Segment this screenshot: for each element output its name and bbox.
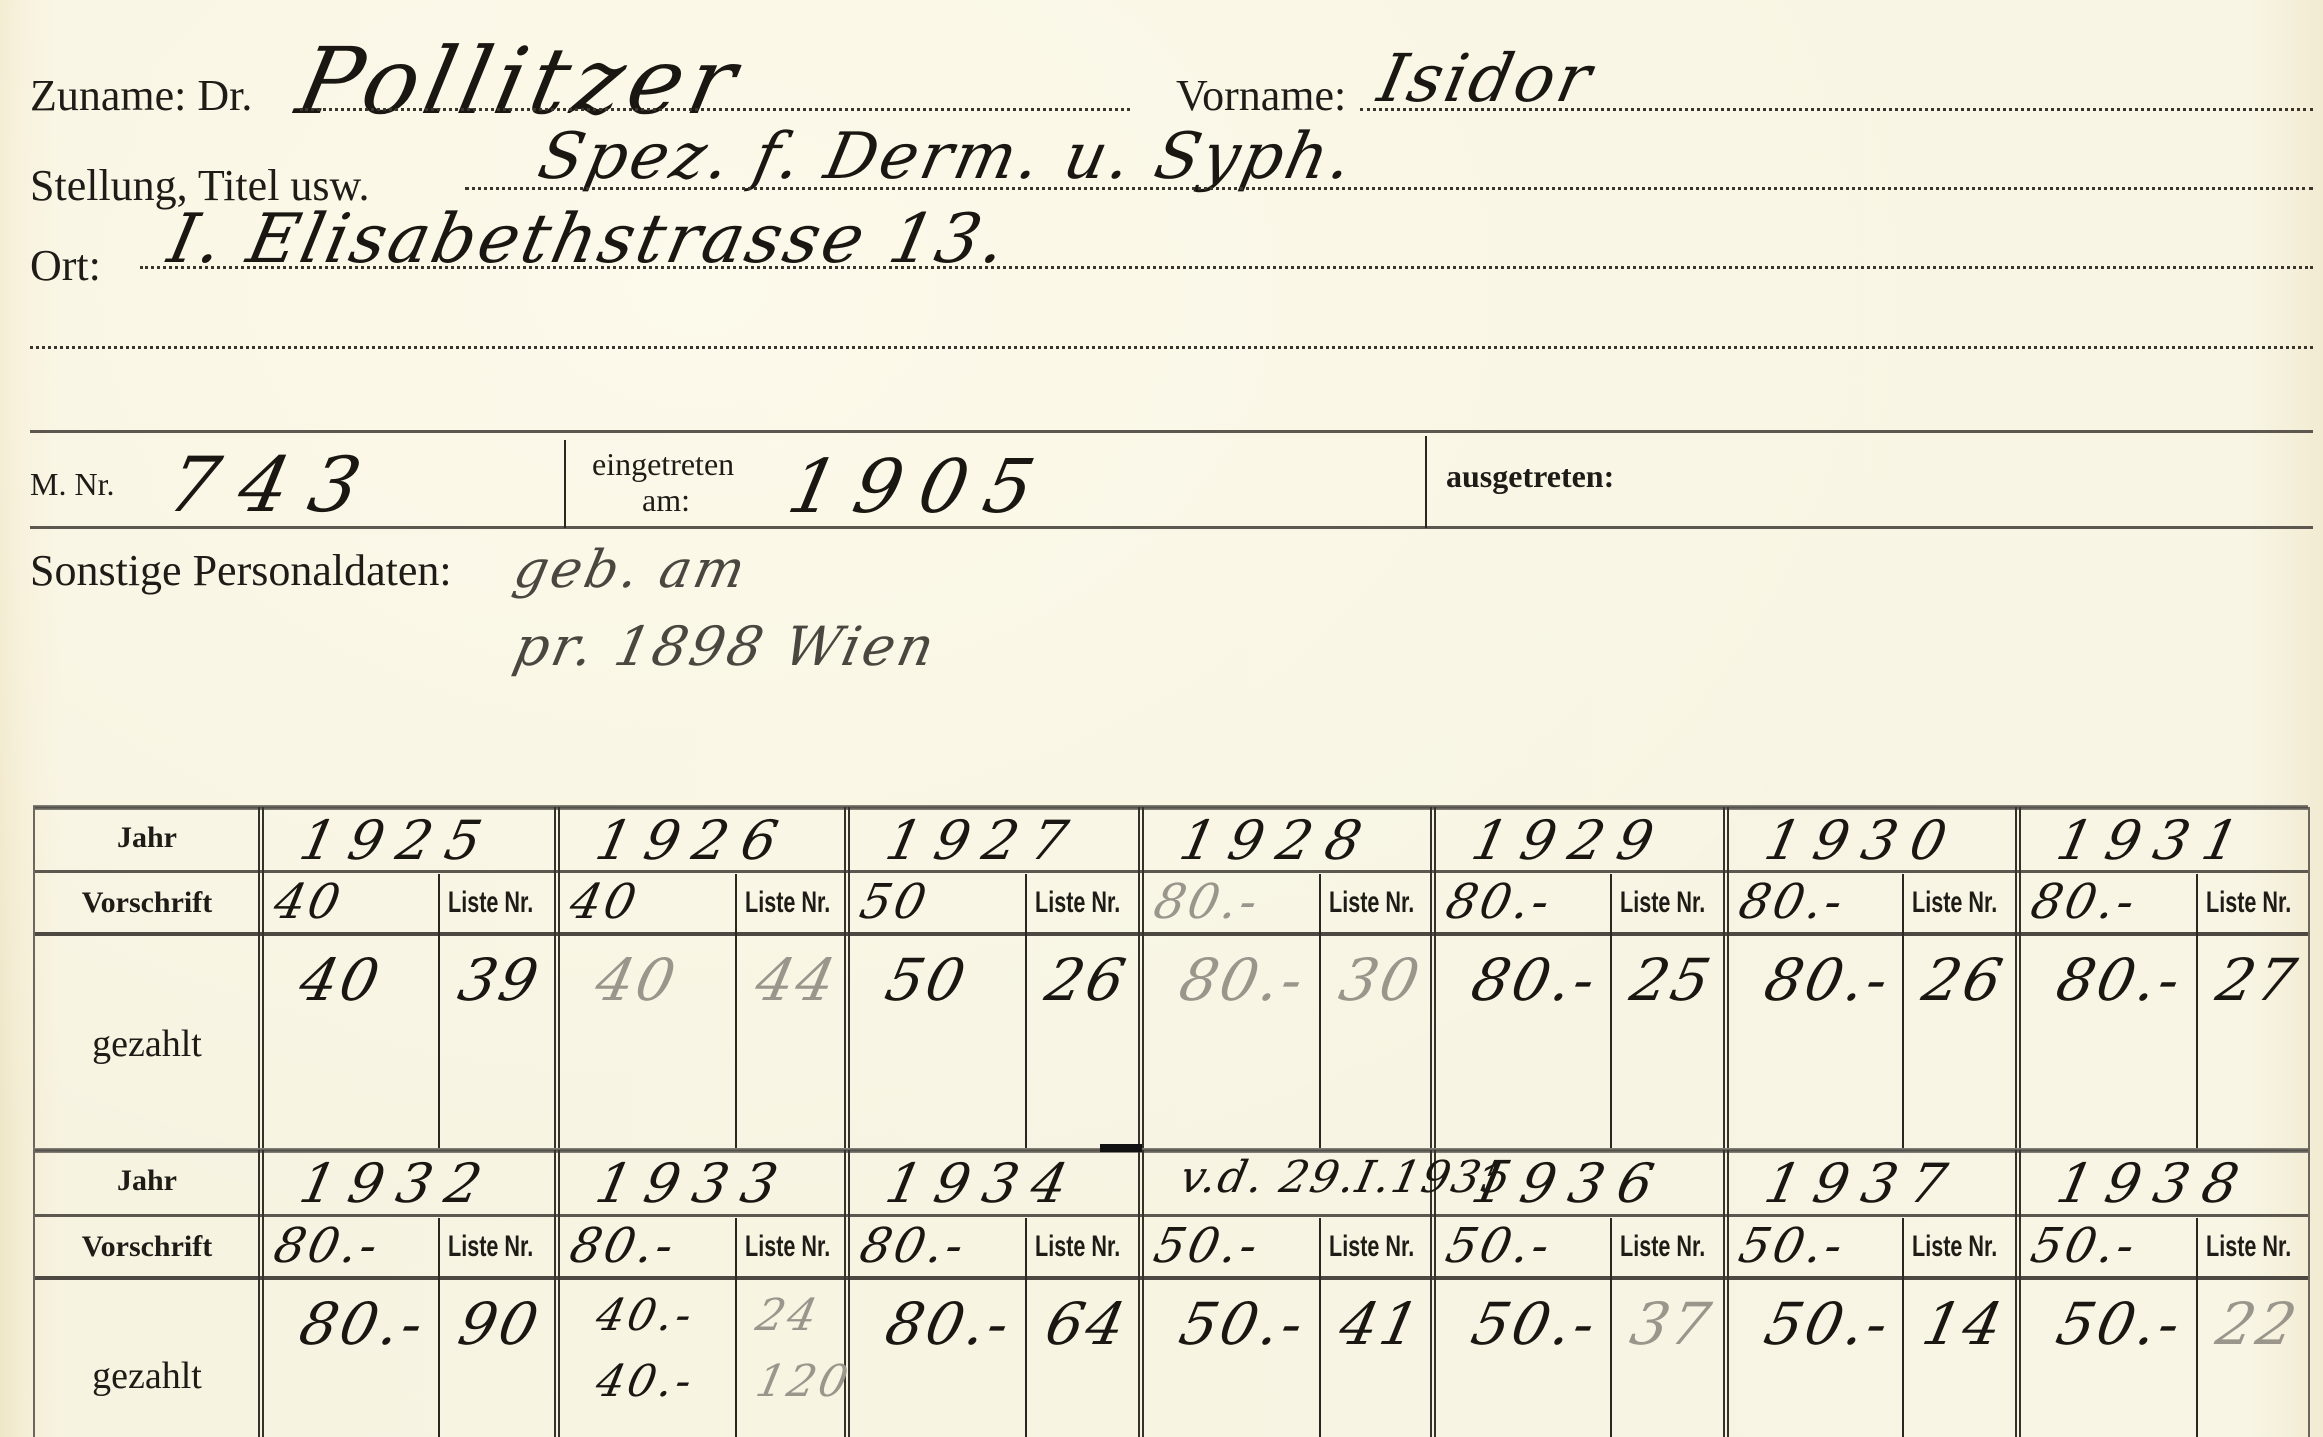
liste-nr-label: Liste Nr. — [1912, 1230, 1997, 1264]
stellung-value: Spez. f. Derm. u. Syph. — [532, 120, 1362, 194]
vorschrift-value: 50.- — [1441, 1218, 1557, 1274]
jahr-label: Jahr — [33, 1164, 261, 1198]
vorschrift-value: 50.- — [1149, 1218, 1265, 1274]
liste-column-divider — [1319, 874, 1321, 1150]
mnr-top-rule — [30, 430, 2313, 433]
year-value: 1938 — [2051, 1152, 2258, 1215]
gezahlt-value: 40 — [590, 946, 684, 1014]
liste-value: 26 — [1040, 946, 1134, 1014]
year-value: 1928 — [1174, 809, 1381, 872]
liste-value: 27 — [2211, 946, 2305, 1014]
year-value: 1932 — [294, 1152, 501, 1215]
liste-value: 26 — [1917, 946, 2011, 1014]
liste-nr-label: Liste Nr. — [1912, 886, 1997, 920]
vorschrift-value: 40 — [269, 874, 348, 930]
zuname-label: Zuname: Dr. — [30, 70, 252, 121]
ausgetreten-label: ausgetreten: — [1446, 458, 1614, 495]
year-column-divider — [2015, 807, 2021, 1150]
mnr-label: M. Nr. — [30, 466, 114, 503]
liste-nr-label: Liste Nr. — [745, 886, 830, 920]
liste-column-divider — [438, 1218, 440, 1437]
year-value: 1934 — [880, 1152, 1087, 1215]
liste-column-divider — [735, 874, 737, 1150]
year-value: 1930 — [1759, 809, 1966, 872]
year-column-divider — [554, 807, 560, 1150]
vorschrift-value: 40 — [565, 874, 644, 930]
eingetreten-value: 1905 — [781, 444, 1060, 530]
liste-nr-label: Liste Nr. — [448, 886, 533, 920]
gezahlt-value: 40.- — [592, 1290, 700, 1341]
year-value: 1927 — [880, 809, 1087, 872]
year-value: 1925 — [294, 809, 501, 872]
liste-column-divider — [1025, 874, 1027, 1150]
year-column-divider — [844, 807, 850, 1150]
liste-column-divider — [438, 874, 440, 1150]
table-left-border — [33, 807, 35, 1150]
vorschrift-value: 80.- — [855, 1218, 971, 1274]
sonstige-label: Sonstige Personaldaten: — [30, 545, 452, 596]
vorname-line — [1360, 108, 2313, 111]
liste-nr-label: Liste Nr. — [1035, 886, 1120, 920]
zuname-line — [300, 108, 1130, 111]
gezahlt-value: 80.- — [1174, 946, 1312, 1014]
gezahlt-value: 40 — [294, 946, 388, 1014]
liste-column-divider — [735, 1218, 737, 1437]
stellung-line — [465, 187, 2313, 190]
vorschrift-value: 80.- — [1734, 874, 1850, 930]
liste-value: 14 — [1917, 1290, 2011, 1358]
table-right-border — [2308, 807, 2310, 1150]
vorschrift-value: 50 — [855, 874, 934, 930]
vorschrift-label: Vorschrift — [33, 886, 261, 920]
year-column-divider — [1723, 807, 1729, 1150]
liste-nr-label: Liste Nr. — [1035, 1230, 1120, 1264]
year-value: 1937 — [1759, 1152, 1966, 1215]
gezahlt-label: gezahlt — [33, 1354, 261, 1398]
vorschrift-value: 80.- — [1149, 874, 1265, 930]
vorschrift-value: 80.- — [1441, 874, 1557, 930]
jahr-label: Jahr — [33, 821, 261, 855]
liste-nr-label: Liste Nr. — [2206, 1230, 2291, 1264]
year-column-divider — [258, 807, 264, 1150]
liste-value: 37 — [1625, 1290, 1719, 1358]
mnr-divider-2 — [1425, 436, 1427, 528]
vorschrift-value: 50.- — [2026, 1218, 2142, 1274]
gezahlt-value: 50.- — [1466, 1290, 1604, 1358]
liste-value: 120 — [752, 1356, 856, 1407]
liste-column-divider — [1025, 1218, 1027, 1437]
vorschrift-label: Vorschrift — [33, 1230, 261, 1264]
liste-column-divider — [1319, 1218, 1321, 1437]
vorschrift-value: 80.- — [269, 1218, 385, 1274]
gezahlt-value: 40.- — [592, 1356, 700, 1407]
year-value: 1936 — [1466, 1152, 1673, 1215]
table-right-border — [2308, 1150, 2310, 1437]
sonstige-line-2: pr. 1898 Wien — [508, 615, 942, 678]
liste-nr-label: Liste Nr. — [1329, 1230, 1414, 1264]
mnr-value: 743 — [161, 440, 391, 529]
year-column-divider — [2015, 1150, 2021, 1437]
liste-nr-label: Liste Nr. — [1329, 886, 1414, 920]
liste-nr-label: Liste Nr. — [2206, 886, 2291, 920]
liste-nr-label: Liste Nr. — [1620, 886, 1705, 920]
vorname-value: Isidor — [1372, 40, 1601, 117]
vorschrift-row-rule — [33, 1276, 2308, 1280]
zuname-value: Pollitzer — [289, 28, 751, 135]
liste-value: 22 — [2211, 1290, 2305, 1358]
liste-value: 24 — [752, 1290, 825, 1341]
mnr-divider-1 — [564, 440, 566, 528]
liste-value: 64 — [1040, 1290, 1134, 1358]
blank-line — [30, 346, 2313, 349]
year-value: 1933 — [590, 1152, 797, 1215]
gezahlt-value: 50.- — [2051, 1290, 2189, 1358]
liste-value: 30 — [1334, 946, 1428, 1014]
liste-value: 25 — [1625, 946, 1719, 1014]
liste-value: 44 — [750, 946, 844, 1014]
gezahlt-value: 80.- — [294, 1290, 432, 1358]
ink-mark — [1100, 1144, 1142, 1152]
vorschrift-value: 80.- — [2026, 874, 2142, 930]
liste-column-divider — [1902, 1218, 1904, 1437]
liste-nr-label: Liste Nr. — [1620, 1230, 1705, 1264]
mnr-bottom-rule — [30, 526, 2313, 529]
liste-column-divider — [1610, 874, 1612, 1150]
vorname-label: Vorname: — [1176, 70, 1346, 121]
gezahlt-label: gezahlt — [33, 1022, 261, 1066]
vorschrift-row-rule — [33, 932, 2308, 936]
gezahlt-value: 80.- — [1759, 946, 1897, 1014]
year-column-divider — [1430, 807, 1436, 1150]
year-column-divider — [1138, 1150, 1144, 1437]
gezahlt-value: 80.- — [1466, 946, 1604, 1014]
eingetreten-am-label: am: — [642, 482, 690, 519]
liste-nr-label: Liste Nr. — [745, 1230, 830, 1264]
liste-column-divider — [1902, 874, 1904, 1150]
liste-column-divider — [2196, 874, 2198, 1150]
liste-value: 39 — [453, 946, 547, 1014]
year-column-divider — [554, 1150, 560, 1437]
year-value: 1926 — [590, 809, 797, 872]
gezahlt-value: 80.- — [2051, 946, 2189, 1014]
year-value: 1929 — [1466, 809, 1673, 872]
eingetreten-label: eingetreten — [592, 446, 734, 483]
gezahlt-value: 50.- — [1174, 1290, 1312, 1358]
liste-nr-label: Liste Nr. — [448, 1230, 533, 1264]
liste-value: 90 — [453, 1290, 547, 1358]
gezahlt-value: 50 — [880, 946, 974, 1014]
year-value: v.d. 29.I.1935 — [1176, 1152, 1518, 1203]
liste-value: 41 — [1334, 1290, 1428, 1358]
vorschrift-value: 50.- — [1734, 1218, 1850, 1274]
sonstige-line-1: geb. am — [509, 540, 753, 600]
ort-label: Ort: — [30, 240, 101, 291]
gezahlt-value: 80.- — [880, 1290, 1018, 1358]
vorschrift-value: 80.- — [565, 1218, 681, 1274]
year-value: 1931 — [2051, 809, 2258, 872]
ort-line — [140, 266, 2313, 269]
year-column-divider — [1138, 807, 1144, 1150]
year-column-divider — [1723, 1150, 1729, 1437]
gezahlt-value: 50.- — [1759, 1290, 1897, 1358]
liste-column-divider — [2196, 1218, 2198, 1437]
liste-column-divider — [1610, 1218, 1612, 1437]
